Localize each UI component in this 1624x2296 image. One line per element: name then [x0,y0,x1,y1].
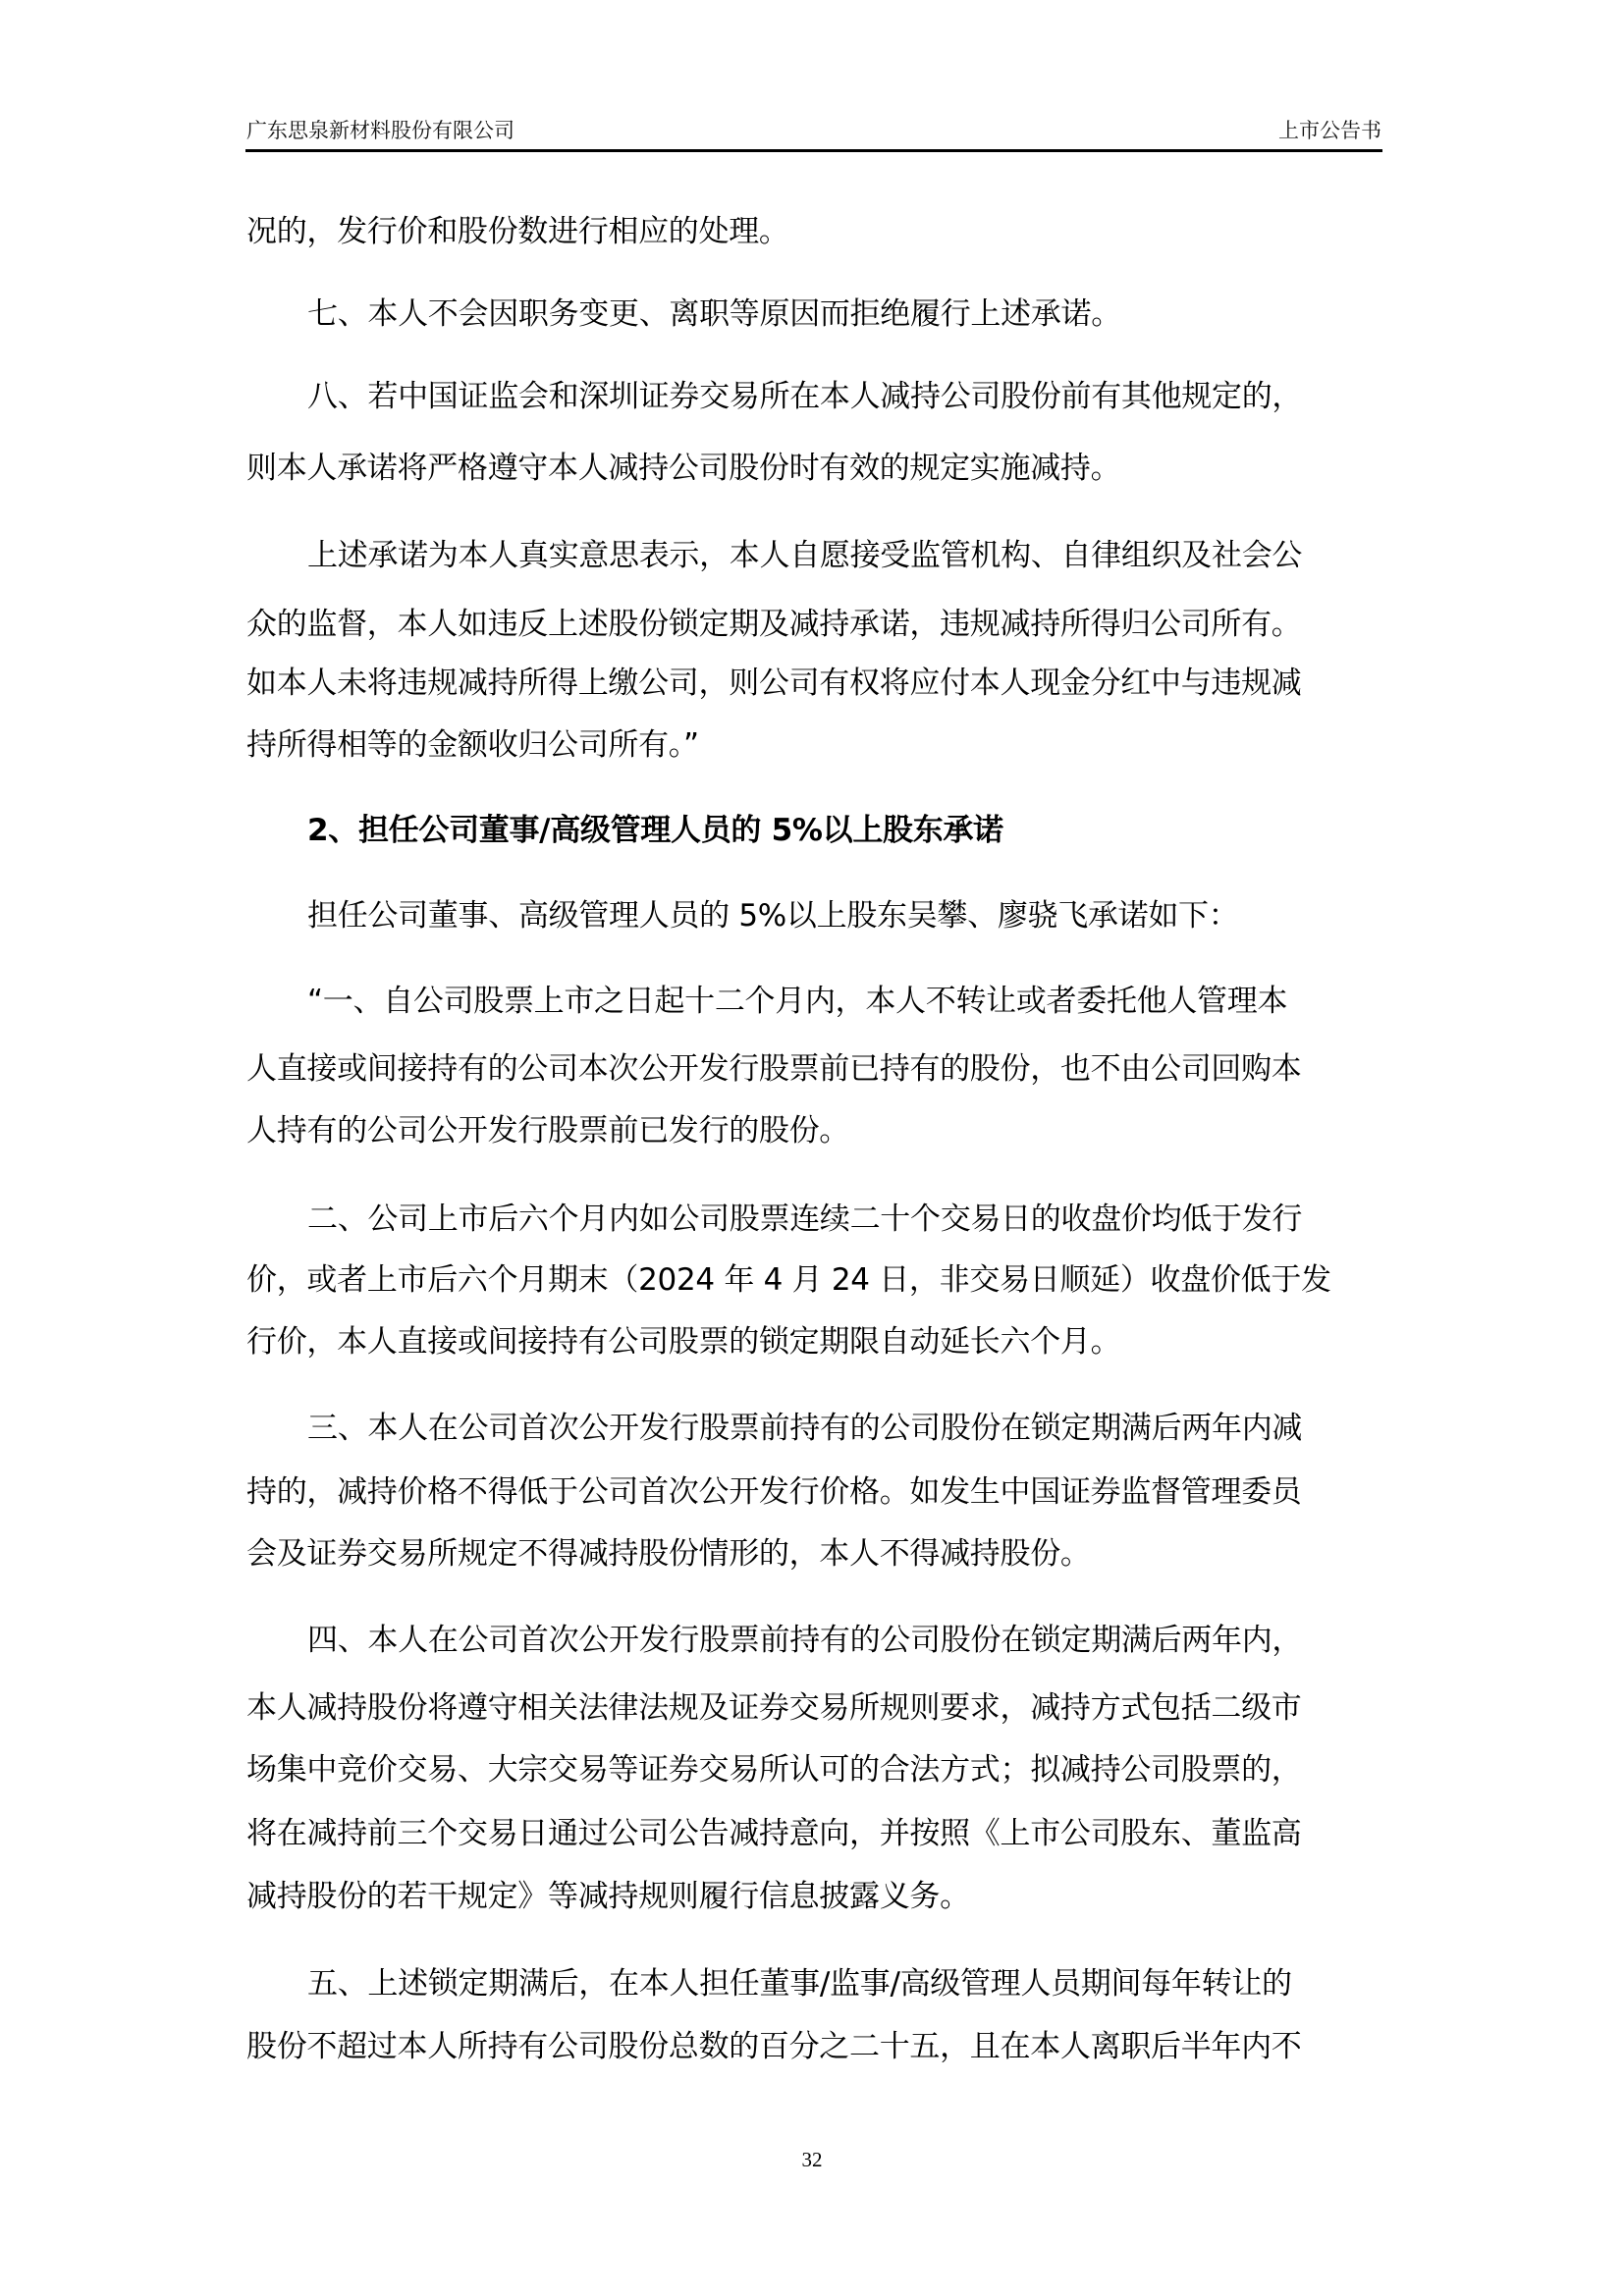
document-page: 广东思泉新材料股份有限公司 上市公告书 况的，发行价和股份数进行相应的处理。七、… [0,0,1624,2296]
body-text-line: 场集中竞价交易、大宗交易等证券交易所认可的合法方式；拟减持公司股票的， [246,1750,1387,1789]
body-text-line: 八、若中国证监会和深圳证券交易所在本人减持公司股份前有其他规定的， [307,377,1387,416]
body-text-line: 将在减持前三个交易日通过公司公告减持意向，并按照《上市公司股东、董监高 [246,1814,1387,1853]
body-text-line: 股份不超过本人所持有公司股份总数的百分之二十五，且在本人离职后半年内不 [246,2027,1387,2066]
body-text-line: 人直接或间接持有的公司本次公开发行股票前已持有的股份，也不由公司回购本 [246,1049,1387,1089]
body-text-line: 会及证券交易所规定不得减持股份情形的，本人不得减持股份。 [246,1534,1387,1574]
body-text-line: 上述承诺为本人真实意思表示，本人自愿接受监管机构、自律组织及社会公 [307,536,1387,575]
body-text-line: 减持股份的若干规定》等减持规则履行信息披露义务。 [246,1877,1387,1916]
body-text-line: 价，或者上市后六个月期末（2024 年 4 月 24 日，非交易日顺延）收盘价低… [246,1260,1387,1300]
body-text-line: 三、本人在公司首次公开发行股票前持有的公司股份在锁定期满后两年内减 [307,1409,1387,1448]
body-text-line: 人持有的公司公开发行股票前已发行的股份。 [246,1111,1387,1150]
body-text-line: 五、上述锁定期满后，在本人担任董事/监事/高级管理人员期间每年转让的 [307,1964,1387,2003]
body-text-line: 七、本人不会因职务变更、离职等原因而拒绝履行上述承诺。 [307,294,1387,334]
header-rule [245,149,1382,152]
body-text-line: 则本人承诺将严格遵守本人减持公司股份时有效的规定实施减持。 [246,449,1387,488]
body-text-line: 况的，发行价和股份数进行相应的处理。 [246,212,1387,251]
header-company-name: 广东思泉新材料股份有限公司 [246,117,514,144]
section-heading: 2、担任公司董事/高级管理人员的 5%以上股东承诺 [307,811,1387,850]
page-number: 32 [0,2146,1624,2173]
body-text-line: 担任公司董事、高级管理人员的 5%以上股东吴攀、廖骁飞承诺如下： [307,896,1387,935]
body-text-line: 持的，减持价格不得低于公司首次公开发行价格。如发生中国证券监督管理委员 [246,1472,1387,1512]
body-text-line: 二、公司上市后六个月内如公司股票连续二十个交易日的收盘价均低于发行 [307,1200,1387,1239]
body-text-line: 行价，本人直接或间接持有公司股票的锁定期限自动延长六个月。 [246,1322,1387,1362]
body-text-line: 本人减持股份将遵守相关法律法规及证券交易所规则要求，减持方式包括二级市 [246,1688,1387,1728]
body-text-line: 持所得相等的金额收归公司所有。” [246,725,1387,765]
body-text-line: 四、本人在公司首次公开发行股票前持有的公司股份在锁定期满后两年内， [307,1621,1387,1660]
body-text-line: 众的监督，本人如违反上述股份锁定期及减持承诺，违规减持所得归公司所有。 [246,605,1387,644]
body-text-line: “一、自公司股票上市之日起十二个月内，本人不转让或者委托他人管理本 [307,982,1387,1021]
header-document-type: 上市公告书 [1278,117,1381,144]
body-text-line: 如本人未将违规减持所得上缴公司，则公司有权将应付本人现金分红中与违规减 [246,664,1387,703]
